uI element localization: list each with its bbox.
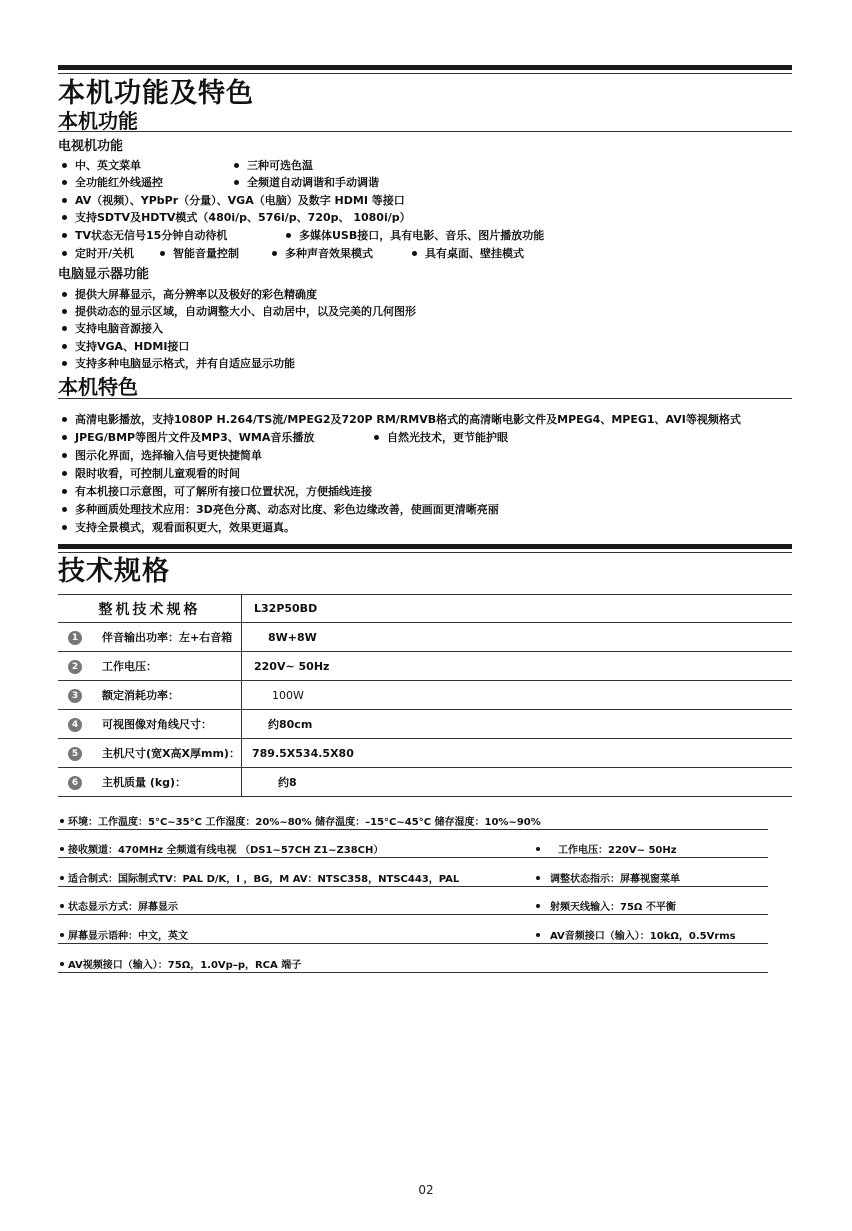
tv-functions-title: 电视机功能 <box>58 140 123 153</box>
bullet-icon <box>160 251 165 256</box>
tv-function-item: 全频道自动调谐和手动调谐 <box>234 177 379 188</box>
env-row-environment: 环境：工作温度：5°C~35°C 工作湿度：20%~80% 储存温度：–15°C… <box>58 803 768 830</box>
bullet-icon <box>62 180 67 185</box>
spec-header-model: L32P50BD <box>242 595 793 623</box>
tv-function-item: 三种可选色温 <box>234 160 313 171</box>
pc-function-item: 支持电脑音源接入 <box>62 323 163 334</box>
env-row: 适合制式：国际制式TV：PAL D/K，I ，BG，M AV：NTSC358，N… <box>58 860 768 887</box>
tv-function-item: 支持SDTV及HDTV模式（480i/p、576i/p、720p、 1080i/… <box>62 212 411 223</box>
spec-value: 约80cm <box>242 710 793 739</box>
tv-function-item: 全功能红外线遥控 <box>62 177 163 188</box>
bullet-icon <box>536 876 540 880</box>
bullet-icon <box>62 251 67 256</box>
feature-item: JPEG/BMP等图片文件及MP3、WMA音乐播放 <box>62 432 314 443</box>
bullet-icon <box>60 847 64 851</box>
pc-functions-title: 电脑显示器功能 <box>58 268 149 281</box>
number-badge-icon: 4 <box>68 718 82 732</box>
tv-function-item: 定时开/关机 <box>62 248 134 259</box>
bullet-icon <box>62 435 67 440</box>
spec-value: 789.5X534.5X80 <box>242 739 793 768</box>
spec-thin-rule <box>58 552 792 553</box>
spec-value: 220V~ 50Hz <box>242 652 793 681</box>
section-title-specs: 技术规格 <box>58 558 170 585</box>
spec-label: 主机质量 (kg)： <box>102 776 186 789</box>
bullet-icon <box>286 233 291 238</box>
tv-function-item: 多种声音效果模式 <box>272 248 373 259</box>
number-badge-icon: 6 <box>68 776 82 790</box>
spec-label: 伴音输出功率：左+右音箱 <box>102 631 232 644</box>
spec-row: 5主机尺寸(宽X高X厚mm)： 789.5X534.5X80 <box>58 739 792 768</box>
top-thin-rule <box>58 73 792 74</box>
bullet-icon <box>62 163 67 168</box>
bullet-icon <box>62 233 67 238</box>
functions-rule <box>58 131 792 132</box>
spec-row: 6主机质量 (kg)： 约8 <box>58 768 792 797</box>
feature-item: 自然光技术，更节能护眼 <box>374 432 508 443</box>
subsection-title-features: 本机特色 <box>58 377 138 397</box>
spec-header-label: 整机技术规格 <box>58 595 242 623</box>
number-badge-icon: 2 <box>68 660 82 674</box>
env-row: 屏幕显示语种：中文，英文 AV音频接口（输入）：10kΩ，0.5Vrms <box>58 917 768 944</box>
spec-row: 4可视图像对角线尺寸： 约80cm <box>58 710 792 739</box>
feature-item: 高清电影播放，支持1080P H.264/TS流/MPEG2及720P RM/R… <box>62 414 741 425</box>
pc-function-item: 提供动态的显示区域，自动调整大小、自动居中，以及完美的几何图形 <box>62 306 416 317</box>
tv-function-item: 具有桌面、壁挂模式 <box>412 248 524 259</box>
bullet-icon <box>62 525 67 530</box>
spec-label: 可视图像对角线尺寸： <box>102 718 212 731</box>
bullet-icon <box>62 292 67 297</box>
bullet-icon <box>62 326 67 331</box>
bullet-icon <box>62 344 67 349</box>
bullet-icon <box>536 847 540 851</box>
bullet-icon <box>62 507 67 512</box>
features-rule <box>58 398 792 399</box>
bullet-icon <box>60 962 64 966</box>
bullet-icon <box>60 904 64 908</box>
spec-row: 3额定消耗功率： 100W <box>58 681 792 710</box>
bullet-icon <box>234 163 239 168</box>
bullet-icon <box>62 489 67 494</box>
bullet-icon <box>62 453 67 458</box>
bullet-icon <box>412 251 417 256</box>
number-badge-icon: 1 <box>68 631 82 645</box>
bullet-icon <box>62 198 67 203</box>
section-title-features: 本机功能及特色 <box>58 80 254 107</box>
number-badge-icon: 5 <box>68 747 82 761</box>
pc-function-item: 支持VGA、HDMI接口 <box>62 341 189 352</box>
spec-label: 额定消耗功率： <box>102 689 179 702</box>
subsection-title-functions: 本机功能 <box>58 111 138 131</box>
feature-item: 图示化界面，选择输入信号更快捷简单 <box>62 450 262 461</box>
spec-thick-rule <box>58 544 792 549</box>
pc-function-item: 支持多种电脑显示格式，并有自适应显示功能 <box>62 358 295 369</box>
spec-label: 工作电压： <box>102 660 157 673</box>
spec-table: 整机技术规格 L32P50BD 1伴音输出功率：左+右音箱 8W+8W 2工作电… <box>58 594 792 797</box>
spec-row: 1伴音输出功率：左+右音箱 8W+8W <box>58 623 792 652</box>
bullet-icon <box>62 471 67 476</box>
feature-item: 多种画质处理技术应用：3D亮色分离、动态对比度、彩色边缘改善，使画面更清晰亮丽 <box>62 504 499 515</box>
env-row: AV视频接口（输入）：75Ω，1.0Vp–p，RCA 端子 <box>58 946 768 973</box>
bullet-icon <box>234 180 239 185</box>
tv-function-item: AV（视频）、YPbPr（分量）、VGA（电脑）及数字 HDMI 等接口 <box>62 195 405 206</box>
bullet-icon <box>62 215 67 220</box>
bullet-icon <box>62 417 67 422</box>
bullet-icon <box>60 933 64 937</box>
tv-function-item: 中、英文菜单 <box>62 160 141 171</box>
pc-function-item: 提供大屏幕显示，高分辨率以及极好的彩色精确度 <box>62 289 317 300</box>
spec-value: 8W+8W <box>242 623 793 652</box>
tv-function-item: 智能音量控制 <box>160 248 239 259</box>
bullet-icon <box>536 933 540 937</box>
bullet-icon <box>62 309 67 314</box>
env-row: 接收频道：470MHz 全频道有线电视 （DS1~57CH Z1~Z38CH） … <box>58 831 768 858</box>
env-row: 状态显示方式：屏幕显示 射频天线输入：75Ω 不平衡 <box>58 888 768 915</box>
spec-value: 约8 <box>242 768 793 797</box>
page-number: 02 <box>0 1183 852 1197</box>
feature-item: 限时收看，可控制儿童观看的时间 <box>62 468 240 479</box>
spec-label: 主机尺寸(宽X高X厚mm)： <box>102 747 240 760</box>
bullet-icon <box>536 904 540 908</box>
top-thick-rule <box>58 65 792 70</box>
number-badge-icon: 3 <box>68 689 82 703</box>
bullet-icon <box>272 251 277 256</box>
feature-item: 支持全景模式，观看面积更大，效果更逼真。 <box>62 522 295 533</box>
spec-table-header: 整机技术规格 L32P50BD <box>58 595 792 623</box>
bullet-icon <box>374 435 379 440</box>
tv-function-item: 多媒体USB接口，具有电影、音乐、图片播放功能 <box>286 230 544 241</box>
spec-row: 2工作电压： 220V~ 50Hz <box>58 652 792 681</box>
bullet-icon <box>62 361 67 366</box>
bullet-icon <box>60 876 64 880</box>
tv-function-item: TV状态无信号15分钟自动待机 <box>62 230 227 241</box>
feature-item: 有本机接口示意图，可了解所有接口位置状况，方便插线连接 <box>62 486 372 497</box>
spec-value: 100W <box>242 681 793 710</box>
bullet-icon <box>60 819 64 823</box>
